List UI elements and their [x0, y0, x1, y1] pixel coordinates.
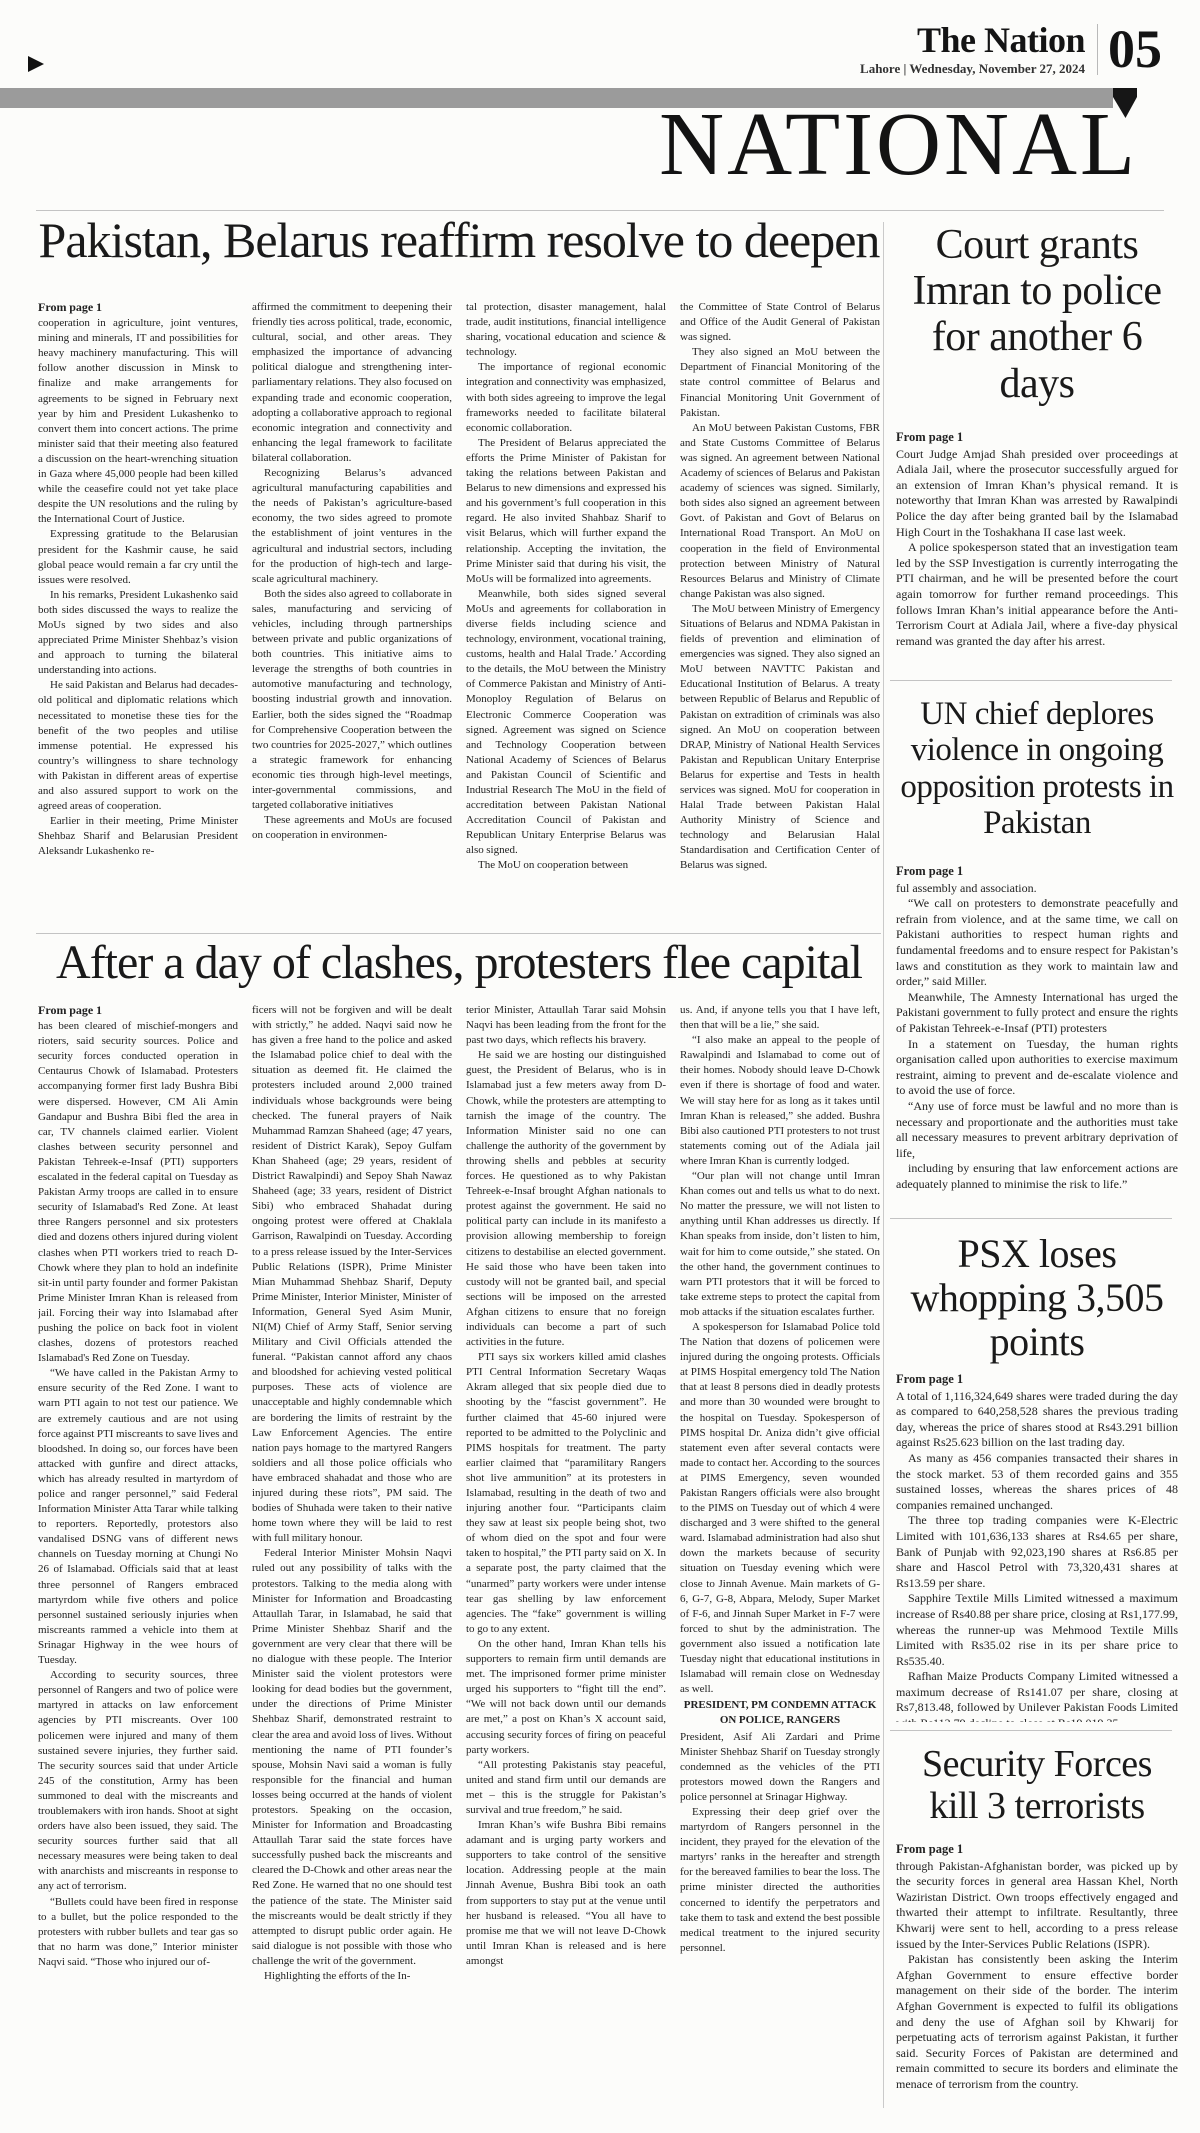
article1-col3: tal protection, disaster management, hal…	[466, 300, 666, 933]
article2-col4-text-2: President, Asif Ali Zardari and Prime Mi…	[680, 1730, 880, 1956]
newspaper-page: The Nation Lahore | Wednesday, November …	[0, 0, 1200, 2133]
court-article-body: From page 1 Court Judge Amjad Shah presi…	[896, 430, 1178, 672]
rule-top	[36, 210, 1164, 211]
from-page-label: From page 1	[896, 430, 1178, 446]
masthead-left: The Nation Lahore | Wednesday, November …	[860, 22, 1097, 77]
article1-body: From page 1 cooperation in agriculture, …	[38, 300, 880, 933]
article2-col2: ficers will not be forgiven and will be …	[252, 1003, 452, 2107]
article2-col2-text: ficers will not be forgiven and will be …	[252, 1003, 452, 1984]
psx-article-text: A total of 1,116,324,649 shares were tra…	[896, 1389, 1178, 1722]
from-page-label: From page 1	[38, 1003, 238, 1018]
court-article-headline: Court grants Imran to police for another…	[896, 222, 1178, 407]
newspaper-title: The Nation	[860, 22, 1085, 60]
un-article-text: ful assembly and association.“We call on…	[896, 881, 1178, 1193]
rule-rail-3	[890, 1730, 1172, 1731]
article2-col4-text-1: us. And, if anyone tells you that I have…	[680, 1003, 880, 1697]
page-number: 05	[1098, 22, 1162, 77]
court-article-text: Court Judge Amjad Shah presided over pro…	[896, 447, 1178, 650]
rule-rail-2	[890, 1218, 1172, 1219]
rule-article-divider	[36, 933, 881, 934]
article2-body: From page 1 has been cleared of mischief…	[38, 1003, 880, 2107]
article2-col3: terior Minister, Attaullah Tarar said Mo…	[466, 1003, 666, 2107]
article1-col3-text: tal protection, disaster management, hal…	[466, 300, 666, 874]
masthead: The Nation Lahore | Wednesday, November …	[860, 22, 1162, 77]
security-article-body: From page 1 through Pakistan-Afghanistan…	[896, 1842, 1178, 2108]
article1-col4-text: the Committee of State Control of Belaru…	[680, 300, 880, 874]
article2-col1: From page 1 has been cleared of mischief…	[38, 1003, 238, 2107]
article2-subhead: PRESIDENT, PM CONDEMN ATTACK ON POLICE, …	[680, 1698, 880, 1728]
article2-col3-text: terior Minister, Attaullah Tarar said Mo…	[466, 1003, 666, 1969]
article1-col4: the Committee of State Control of Belaru…	[680, 300, 880, 933]
dateline: Lahore | Wednesday, November 27, 2024	[860, 61, 1085, 77]
article2-col4: us. And, if anyone tells you that I have…	[680, 1003, 880, 2107]
article1-col1: From page 1 cooperation in agriculture, …	[38, 300, 238, 933]
article2-headline: After a day of clashes, protesters flee …	[38, 938, 880, 988]
rule-rail-1	[890, 680, 1172, 681]
security-article-text: through Pakistan-Afghanistan border, was…	[896, 1859, 1178, 2093]
un-article-body: From page 1 ful assembly and association…	[896, 864, 1178, 1212]
corner-arrow-icon	[28, 56, 44, 72]
article1-headline: Pakistan, Belarus reaffirm resolve to de…	[38, 214, 880, 267]
rule-vertical-rail	[883, 222, 884, 2108]
from-page-label: From page 1	[38, 300, 238, 315]
psx-article-headline: PSX loses whopping 3,505 points	[896, 1232, 1178, 1364]
article1-col2-text: affirmed the commitment to deepening the…	[252, 300, 452, 843]
article1-col2: affirmed the commitment to deepening the…	[252, 300, 452, 933]
un-article-headline: UN chief deplores violence in ongoing op…	[896, 696, 1178, 841]
section-title: NATIONAL	[659, 100, 1138, 190]
psx-article-body: From page 1 A total of 1,116,324,649 sha…	[896, 1372, 1178, 1722]
from-page-label: From page 1	[896, 864, 1178, 880]
security-article-headline: Security Forces kill 3 terrorists	[896, 1744, 1178, 1828]
from-page-label: From page 1	[896, 1372, 1178, 1388]
article2-col1-text: has been cleared of mischief-mongers and…	[38, 1019, 238, 1970]
from-page-label: From page 1	[896, 1842, 1178, 1858]
article1-col1-text: cooperation in agriculture, joint ventur…	[38, 316, 238, 859]
